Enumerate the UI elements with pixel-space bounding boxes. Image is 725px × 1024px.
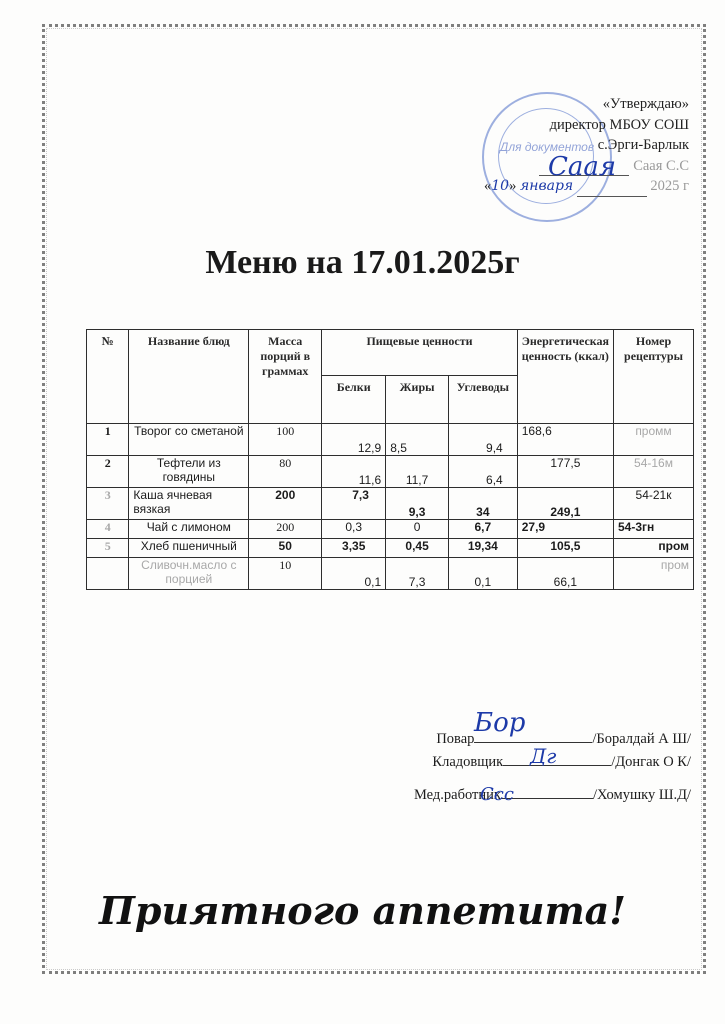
dish-name: Сливочн.масло с порцией — [129, 558, 249, 590]
dish-energy: 177,5 — [517, 456, 613, 488]
dish-fats: 7,3 — [386, 558, 449, 590]
role-label: Повар — [436, 731, 474, 747]
header-dish-name: Название блюд — [129, 330, 249, 424]
person-name: /Донгак О К/ — [611, 754, 691, 770]
dish-carbs: 0,1 — [448, 558, 517, 590]
dish-carbs: 19,34 — [448, 539, 517, 558]
header-proteins: Белки — [322, 376, 386, 424]
header-nutrition: Пищевые ценности — [322, 330, 517, 376]
role-label: Кладовщик — [432, 754, 503, 770]
header-energy: Энергетическая ценность (ккал) — [517, 330, 613, 424]
header-mass: Масса порций в граммах — [249, 330, 322, 424]
dish-energy: 168,6 — [517, 424, 613, 456]
page-title: Меню на 17.01.2025г — [0, 244, 725, 282]
dish-energy: 27,9 — [517, 520, 613, 539]
row-number: 1 — [87, 424, 129, 456]
dish-recipe: пром — [614, 558, 694, 590]
dish-carbs: 34 — [448, 488, 517, 520]
row-number — [87, 558, 129, 590]
dish-mass: 200 — [249, 520, 322, 539]
row-number: 2 — [87, 456, 129, 488]
dish-proteins: 3,35 — [322, 539, 386, 558]
person-name: /Хомушку Ш.Д/ — [593, 787, 691, 803]
dish-recipe: 54-3гн — [614, 520, 694, 539]
medic-signature: Ссс — [480, 784, 514, 805]
dish-proteins: 12,9 — [322, 424, 386, 456]
signature-line — [503, 751, 611, 766]
header-recipe: Номер рецептуры — [614, 330, 694, 424]
header-fats: Жиры — [386, 376, 449, 424]
approval-line-1: «Утверждаю» — [484, 94, 689, 115]
dish-mass: 10 — [249, 558, 322, 590]
dish-mass: 200 — [249, 488, 322, 520]
dish-proteins: 0,1 — [322, 558, 386, 590]
dish-mass: 80 — [249, 456, 322, 488]
dish-mass: 50 — [249, 539, 322, 558]
approval-date-day: 10 — [491, 178, 509, 194]
storekeeper-signature: Дг — [530, 744, 556, 768]
dish-mass: 100 — [249, 424, 322, 456]
dish-carbs: 9,4 — [448, 424, 517, 456]
farewell-text: Приятного аппетита! — [0, 888, 725, 933]
row-number: 3 — [87, 488, 129, 520]
dish-name: Творог со сметаной — [129, 424, 249, 456]
dish-energy: 66,1 — [517, 558, 613, 590]
approval-date-year: 2025 г — [650, 178, 689, 194]
dish-energy: 249,1 — [517, 488, 613, 520]
dish-recipe: 54-21к — [614, 488, 694, 520]
dish-fats: 9,3 — [386, 488, 449, 520]
row-number: 4 — [87, 520, 129, 539]
dish-recipe: промм — [614, 424, 694, 456]
table-row: Сливочн.масло с порцией 10 0,1 7,3 0,1 6… — [87, 558, 694, 590]
dish-name: Хлеб пшеничный — [129, 539, 249, 558]
table-row: 4 Чай с лимоном 200 0,3 0 6,7 27,9 54-3г… — [87, 520, 694, 539]
signature-line — [501, 784, 593, 799]
row-number: 5 — [87, 539, 129, 558]
dish-fats: 11,7 — [386, 456, 449, 488]
person-name: /Боралдай А Ш/ — [592, 731, 691, 747]
dish-name: Тефтели из говядины — [129, 456, 249, 488]
dish-carbs: 6,4 — [448, 456, 517, 488]
table-row: 3 Каша ячневая вязкая 200 7,3 9,3 34 249… — [87, 488, 694, 520]
table-row: 1 Творог со сметаной 100 12,9 8,5 9,4 16… — [87, 424, 694, 456]
dish-proteins: 0,3 — [322, 520, 386, 539]
director-signature: Саая — [548, 152, 616, 182]
signature-row-medic: Мед.работник/Хомушку Ш.Д/ — [414, 784, 691, 807]
menu-table: № Название блюд Масса порций в граммах П… — [86, 329, 694, 590]
dish-name: Чай с лимоном — [129, 520, 249, 539]
header-carbs: Углеводы — [448, 376, 517, 424]
dish-carbs: 6,7 — [448, 520, 517, 539]
dish-name-text: Каша ячневая вязкая — [133, 488, 212, 516]
date-quote-close: » — [509, 178, 516, 194]
dish-fats: 0,45 — [386, 539, 449, 558]
header-number: № — [87, 330, 129, 424]
dish-recipe: 54-16м — [614, 456, 694, 488]
approval-line-2: директор МБОУ СОШ — [484, 115, 689, 136]
dish-fats: 0 — [386, 520, 449, 539]
table-row: 2 Тефтели из говядины 80 11,6 11,7 6,4 1… — [87, 456, 694, 488]
table-row: 5 Хлеб пшеничный 50 3,35 0,45 19,34 105,… — [87, 539, 694, 558]
dish-proteins: 11,6 — [322, 456, 386, 488]
cook-signature: Бор — [474, 708, 525, 738]
dish-energy: 105,5 — [517, 539, 613, 558]
approval-date-line — [577, 182, 647, 197]
dish-name: Каша ячневая вязкая — [129, 488, 249, 520]
dish-recipe: пром — [614, 539, 694, 558]
dish-fats: 8,5 — [386, 424, 449, 456]
approval-signer: Саая С.С — [633, 158, 689, 174]
dish-proteins: 7,3 — [322, 488, 386, 520]
